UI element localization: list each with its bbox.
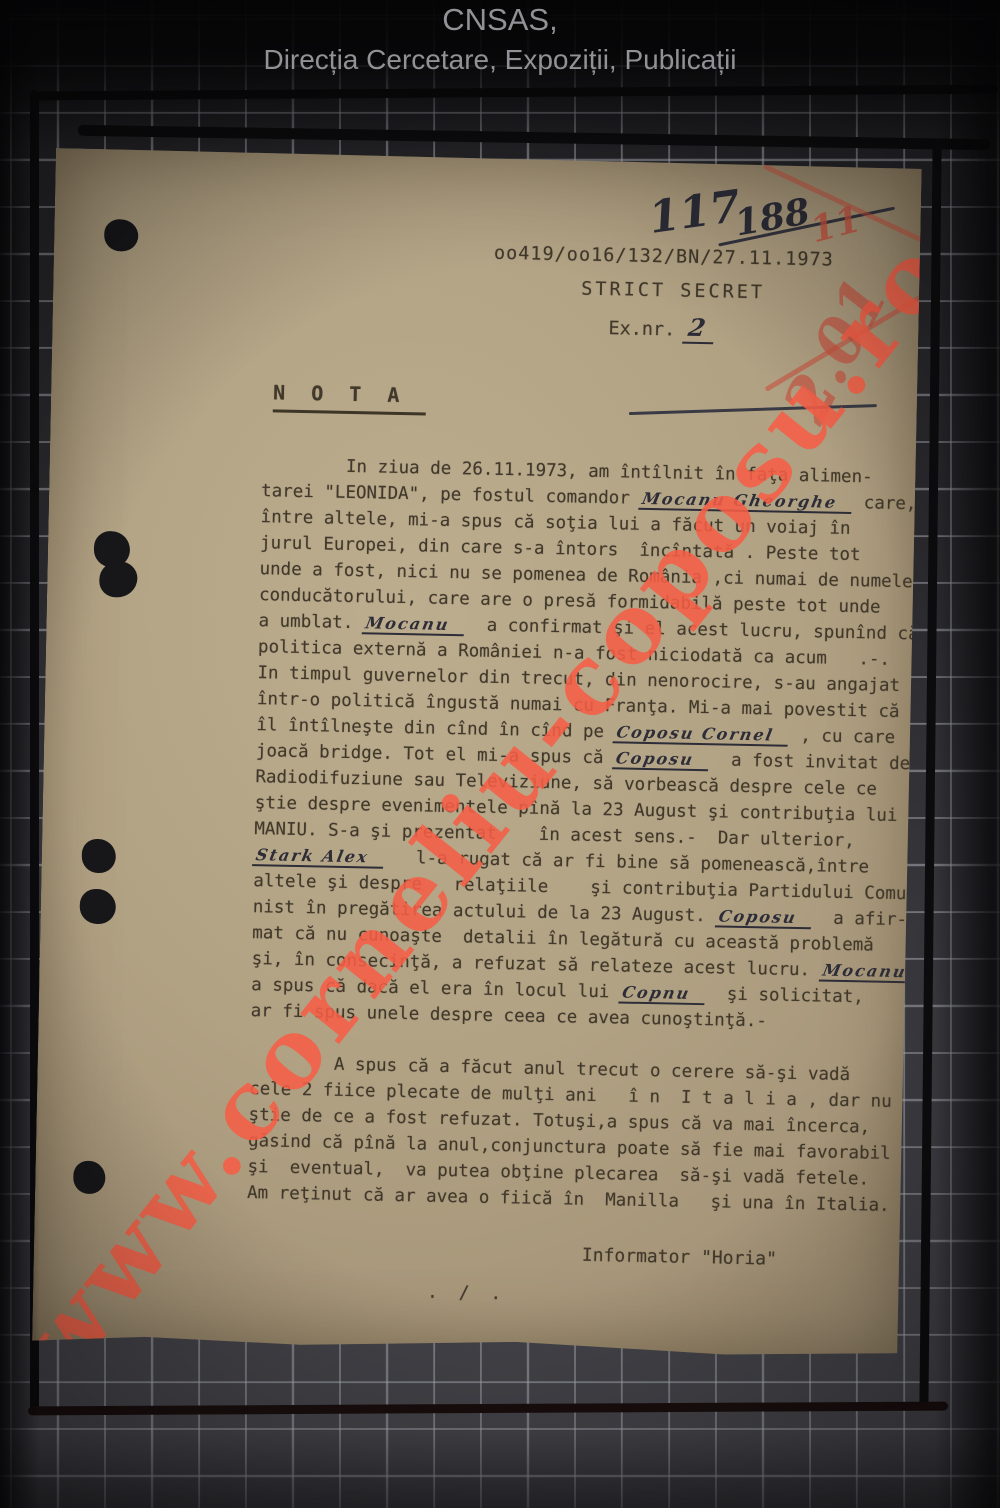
page-number-old: 188 (732, 190, 813, 244)
copy-number-row: Ex.nr. 2 (608, 311, 716, 344)
punch-hole-torn (99, 561, 138, 598)
handwritten-name: Stark Alex (252, 846, 387, 869)
typed-text: a umblat. (258, 611, 364, 633)
handwritten-name: Mocanu (362, 614, 468, 636)
document-body: In ziua de 26.11.1973, am întîlnit în fa… (247, 452, 922, 1219)
copy-number-handwritten: 2 (682, 313, 718, 345)
typed-text: care, (853, 493, 917, 514)
typed-text: a fost invitat de (710, 750, 911, 774)
archive-department-name: Direcția Cercetare, Expoziții, Publicați… (0, 44, 1000, 76)
page-number-current: 117 (646, 181, 744, 244)
punch-hole (79, 889, 116, 925)
handwritten-name: Coposu (714, 907, 814, 929)
document-title: N O T A (273, 380, 427, 415)
typed-text: a afir- (812, 908, 907, 930)
typed-text: , cu care (790, 726, 896, 748)
punch-hole (81, 839, 116, 874)
archive-org-name: CNSAS, (0, 2, 1000, 38)
classification-label: STRICT SECRET (581, 279, 765, 304)
page-continuation-mark: . / . (427, 1282, 507, 1305)
typed-text: şi solicitat, (706, 984, 864, 1007)
punch-hole (73, 1161, 106, 1195)
informer-signature: Informator "Horia" (582, 1245, 777, 1270)
reference-number: oo419/oo16/132/BN/27.11.1973 (494, 243, 834, 271)
handwritten-name: Coposu (612, 749, 712, 771)
handwritten-name: Coposu Cornel (613, 723, 792, 746)
punch-hole (104, 219, 139, 252)
scanned-document-photo: 117 188 11 2.01 oo419/oo16/132/BN/27.11.… (0, 0, 1000, 1508)
copy-label: Ex.nr. (608, 318, 675, 340)
document-page: 117 188 11 2.01 oo419/oo16/132/BN/27.11.… (32, 148, 922, 1359)
handwritten-name: Copnu (618, 984, 708, 1006)
